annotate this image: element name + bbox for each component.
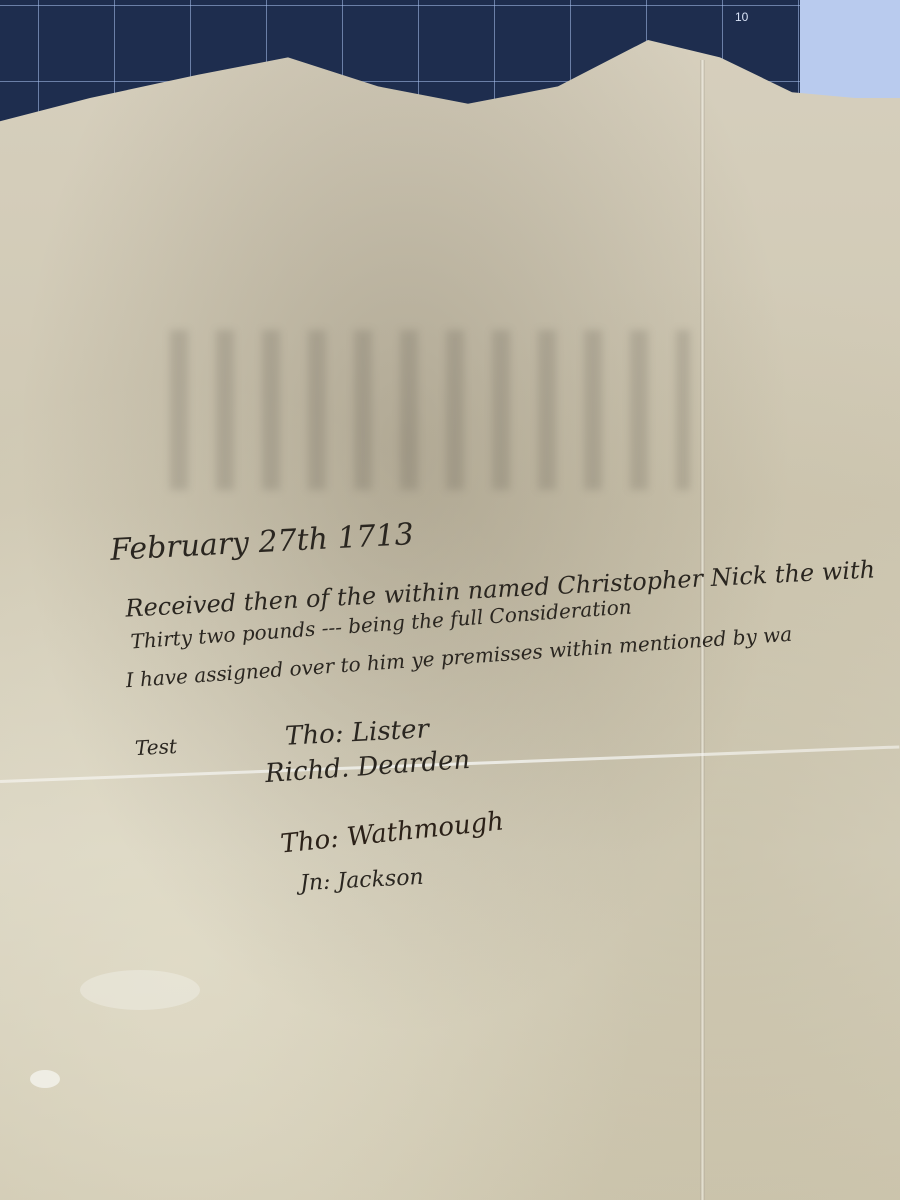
ink-bleed-through <box>170 330 690 490</box>
ruler-label: 10 <box>735 10 748 24</box>
stain-spot <box>30 1070 60 1088</box>
testes-label: Test <box>134 734 177 760</box>
stain-spot <box>80 970 200 1010</box>
